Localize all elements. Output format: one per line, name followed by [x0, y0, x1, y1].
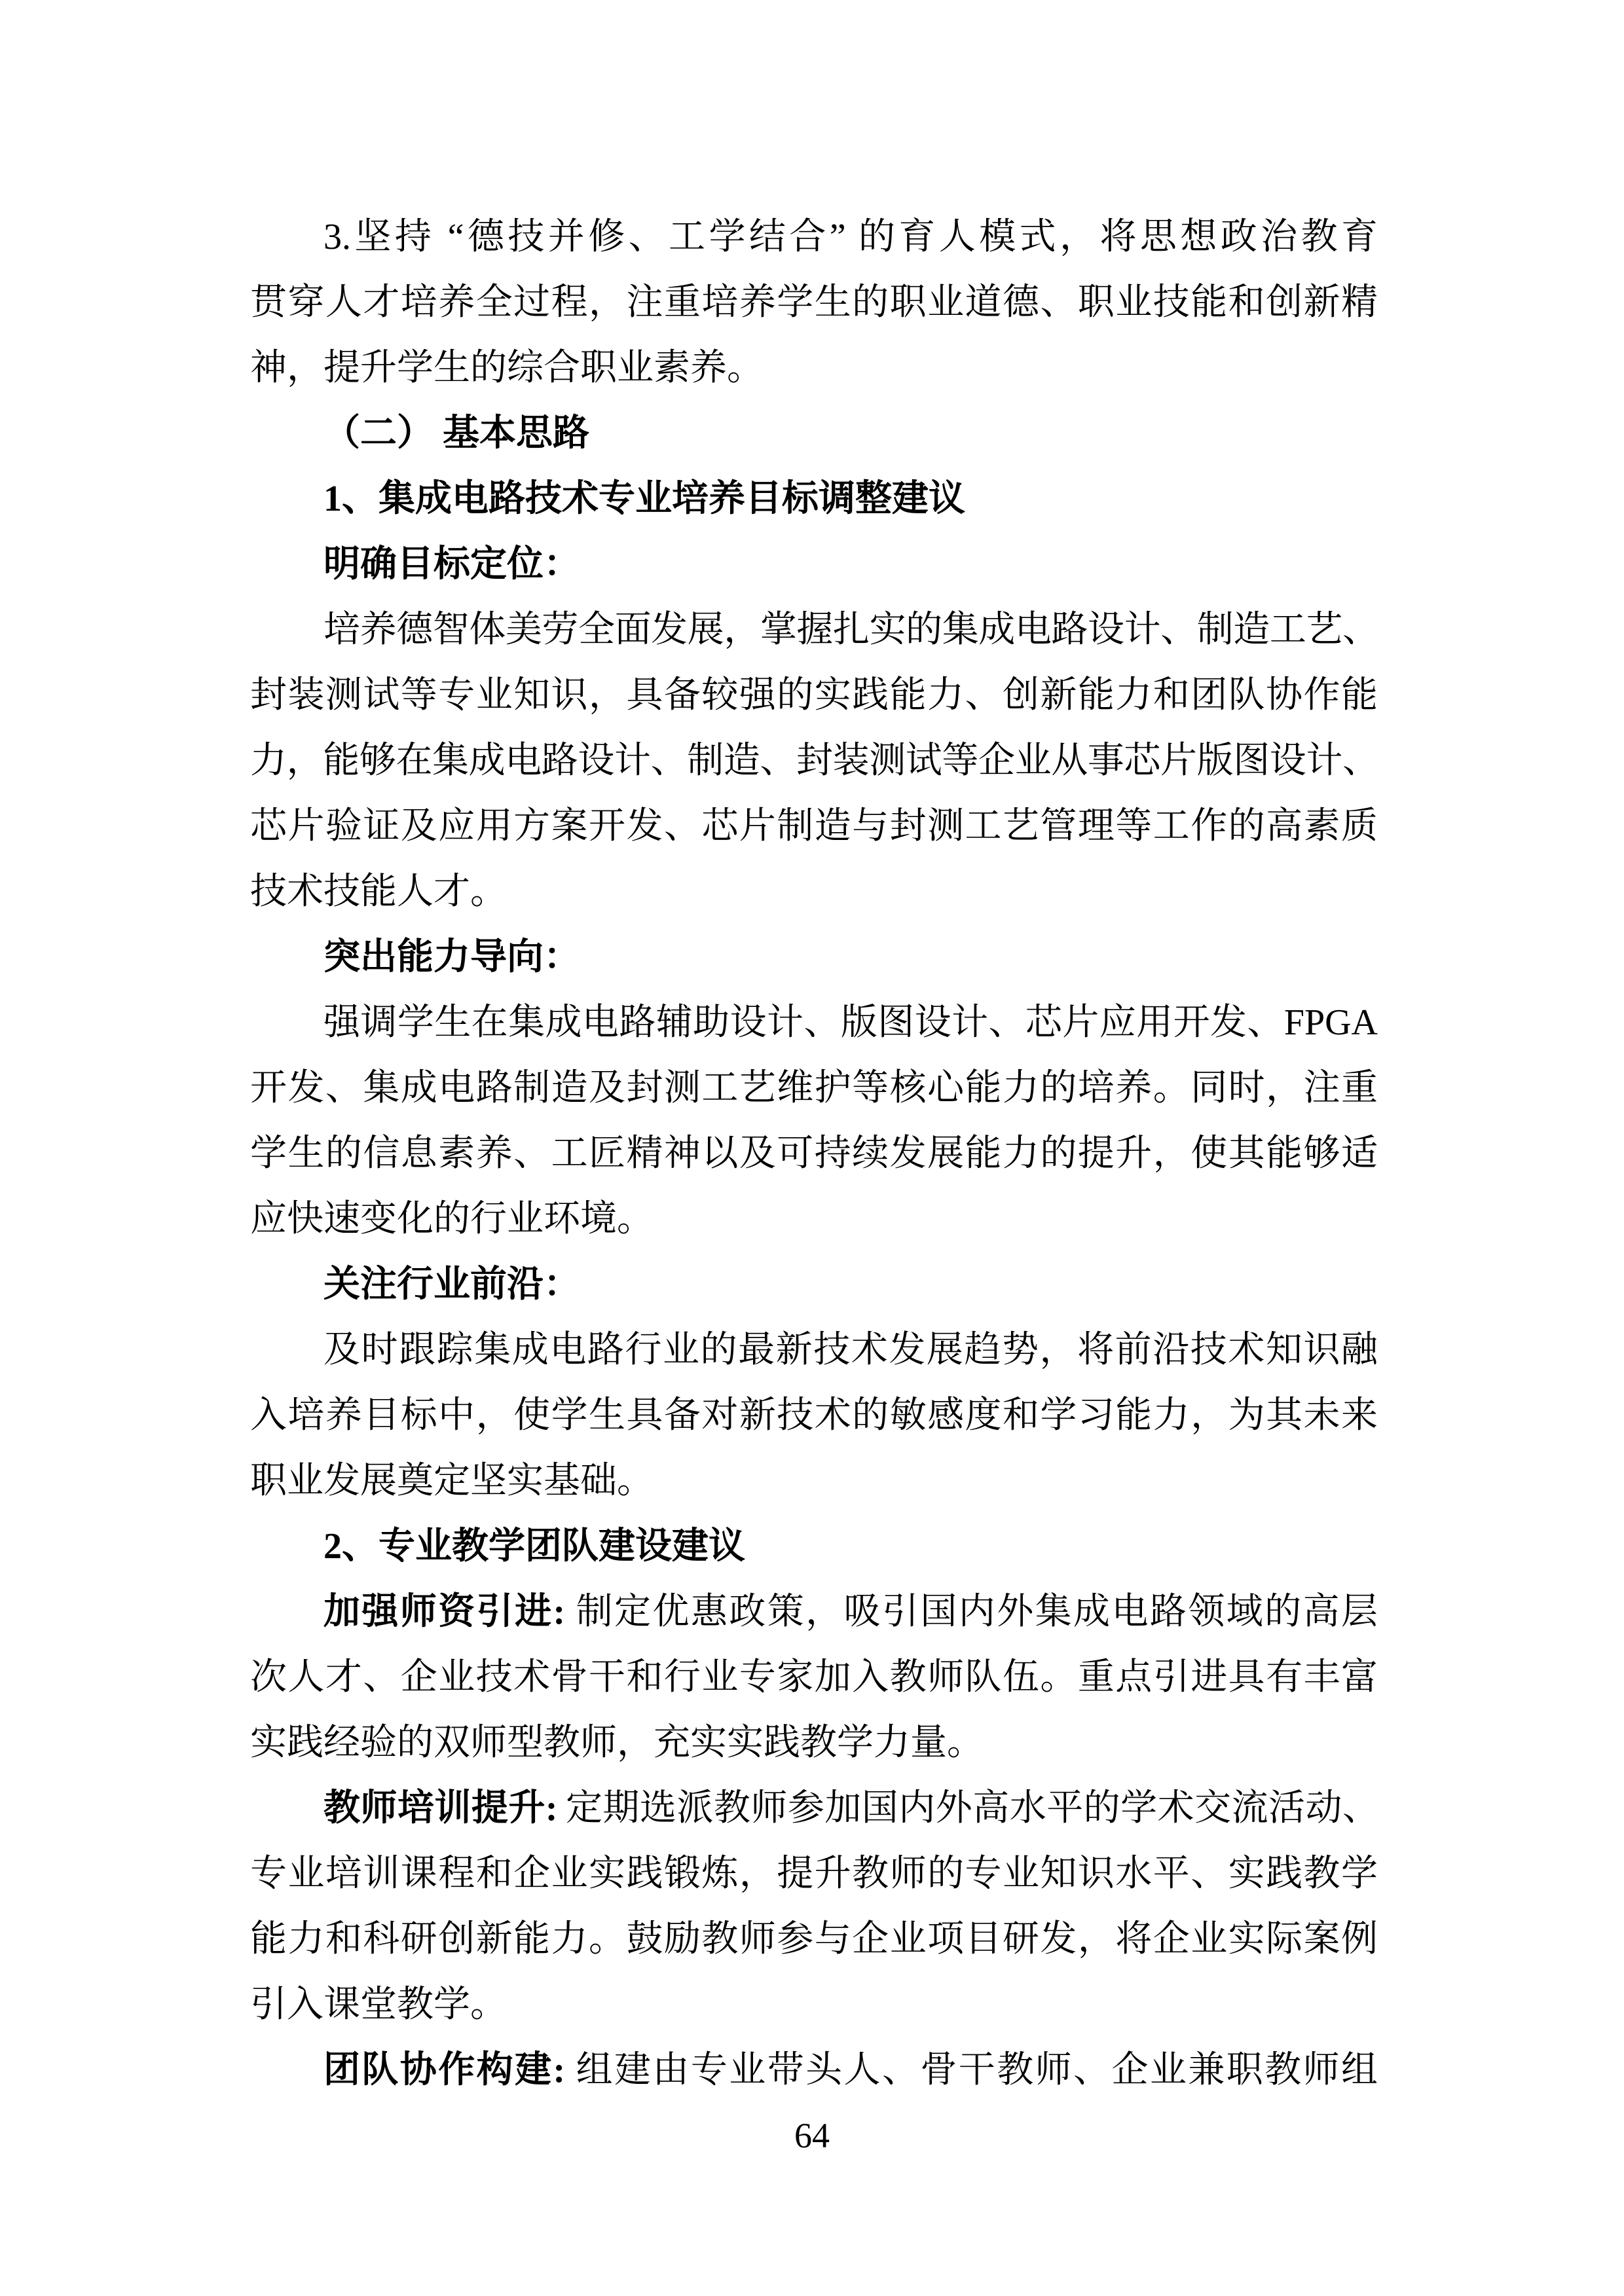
paragraph-line: 神，提升学生的综合职业素养。: [250, 335, 1378, 401]
section-heading: （二） 基本思路: [250, 401, 1378, 466]
paragraph-line: 芯片验证及应用方案开发、芯片制造与封测工艺管理等工作的高素质: [250, 793, 1378, 859]
sub-heading: 关注行业前沿：: [250, 1252, 1378, 1317]
paragraph-line: 教师培训提升: 定期选派教师参加国内外高水平的学术交流活动、: [250, 1776, 1378, 1841]
paragraph-line: 3.坚持 “德技并修、工学结合” 的育人模式，将思想政治教育: [250, 204, 1378, 270]
paragraph-line: 团队协作构建: 组建由专业带头人、骨干教师、企业兼职教师组: [250, 2037, 1378, 2103]
bold-run: 教师培训提升:: [323, 1788, 557, 1829]
paragraph-line: 加强师资引进: 制定优惠政策，吸引国内外集成电路领域的高层: [250, 1579, 1378, 1645]
paragraph-line: 力，能够在集成电路设计、制造、封装测试等企业从事芯片版图设计、: [250, 728, 1378, 793]
paragraph-line: 技术技能人才。: [250, 859, 1378, 924]
paragraph-line: 能力和科研创新能力。鼓励教师参与企业项目研发，将企业实际案例: [250, 1906, 1378, 1972]
paragraph-line: 引入课堂教学。: [250, 1972, 1378, 2037]
text-run: 制定优惠政策，吸引国内外集成电路领域的高层: [565, 1592, 1378, 1632]
sub-heading: 明确目标定位：: [250, 532, 1378, 597]
paragraph-line: 次人才、企业技术骨干和行业专家加入教师队伍。重点引进具有丰富: [250, 1645, 1378, 1710]
paragraph-line: 实践经验的双师型教师，充实实践教学力量。: [250, 1710, 1378, 1776]
paragraph-line: 专业培训课程和企业实践锻炼，提升教师的专业知识水平、实践教学: [250, 1841, 1378, 1906]
paragraph-line: 封装测试等专业知识，具备较强的实践能力、创新能力和团队协作能: [250, 663, 1378, 728]
paragraph-line: 强调学生在集成电路辅助设计、版图设计、芯片应用开发、FPGA: [250, 990, 1378, 1055]
paragraph-line: 及时跟踪集成电路行业的最新技术发展趋势，将前沿技术知识融: [250, 1317, 1378, 1383]
sub-heading: 突出能力导向：: [250, 924, 1378, 990]
page-number: 64: [0, 2103, 1624, 2168]
document-page: 3.坚持 “德技并修、工学结合” 的育人模式，将思想政治教育 贯穿人才培养全过程…: [0, 0, 1624, 2296]
paragraph-line: 贯穿人才培养全过程，注重培养学生的职业道德、职业技能和创新精: [250, 270, 1378, 335]
bold-run: 团队协作构建:: [323, 2050, 565, 2090]
text-run: 定期选派教师参加国内外高水平的学术交流活动、: [557, 1788, 1378, 1829]
subsection-heading: 1、集成电路技术专业培养目标调整建议: [250, 466, 1378, 532]
subsection-heading: 2、专业教学团队建设建议: [250, 1514, 1378, 1579]
paragraph-line: 入培养目标中，使学生具备对新技术的敏感度和学习能力，为其未来: [250, 1383, 1378, 1448]
bold-run: 加强师资引进:: [323, 1592, 565, 1632]
paragraph-line: 应快速变化的行业环境。: [250, 1186, 1378, 1252]
paragraph-line: 培养德智体美劳全面发展，掌握扎实的集成电路设计、制造工艺、: [250, 597, 1378, 663]
paragraph-line: 职业发展奠定坚实基础。: [250, 1448, 1378, 1514]
document-body: 3.坚持 “德技并修、工学结合” 的育人模式，将思想政治教育 贯穿人才培养全过程…: [250, 204, 1378, 2103]
paragraph-line: 学生的信息素养、工匠精神以及可持续发展能力的提升，使其能够适: [250, 1121, 1378, 1186]
text-run: 组建由专业带头人、骨干教师、企业兼职教师组: [565, 2050, 1378, 2090]
paragraph-line: 开发、集成电路制造及封测工艺维护等核心能力的培养。同时，注重: [250, 1055, 1378, 1121]
